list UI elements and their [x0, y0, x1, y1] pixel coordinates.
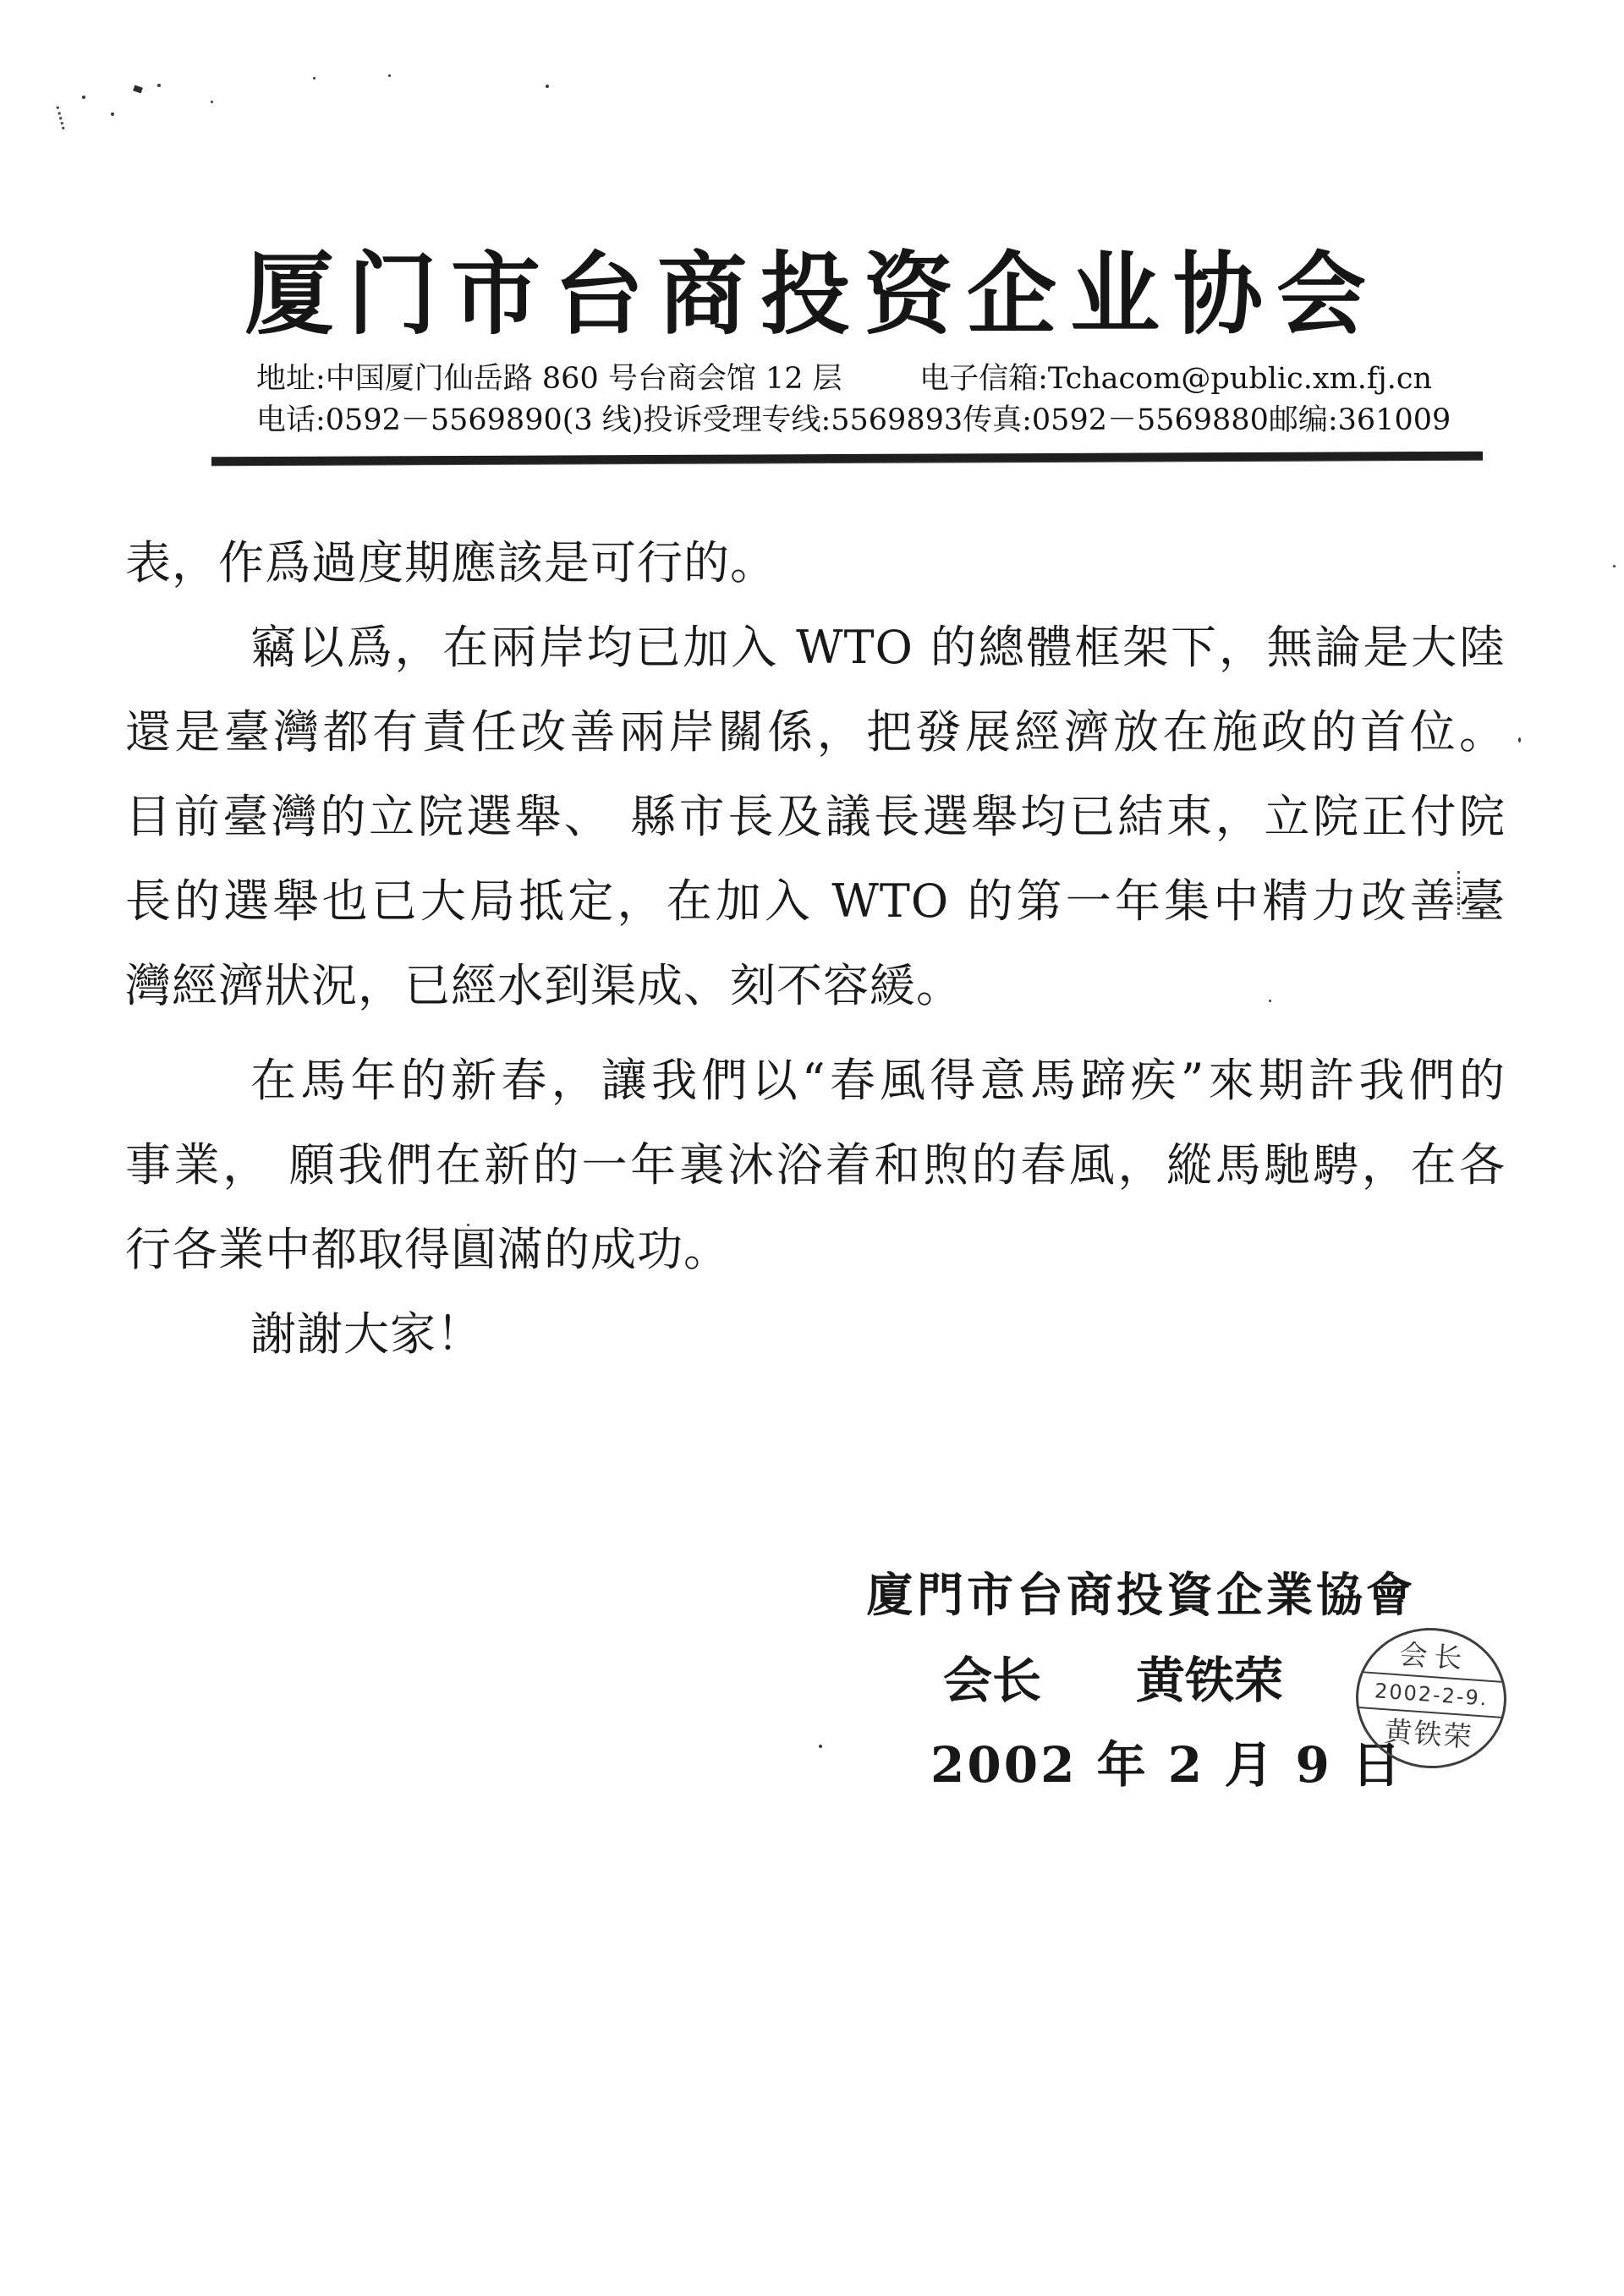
- scan-speck: [56, 106, 67, 130]
- signature-leader-row: 会长 黄铁荣: [943, 1641, 1283, 1712]
- body-line: 在馬年的新春，讓我們以“春風得意馬蹄疾”來期許我們的: [125, 1038, 1506, 1123]
- scan-speck: [82, 96, 85, 99]
- body-line: 竊以爲，在兩岸均已加入 WTO 的總體框架下，無論是大陸: [125, 606, 1506, 690]
- email-text: 电子信箱:Tchacom@public.xm.fj.cn: [919, 359, 1432, 400]
- phone-text: 电话:0592－5569890(3 线): [256, 400, 643, 441]
- body-line: 目前臺灣的立院選舉、 縣市長及議長選舉均已結束，立院正付院: [125, 775, 1506, 859]
- body-line: 灣經濟狀況，已經水到渠成、刻不容緩。: [125, 944, 1506, 1028]
- scan-speck: [1613, 565, 1616, 567]
- scan-speck: [1269, 1000, 1271, 1002]
- contact-row-1: 地址:中国厦门仙岳路 860 号台商会馆 12 层 电子信箱:Tchacom@p…: [256, 359, 1432, 400]
- scan-speck: [133, 85, 143, 94]
- body-line: 表，作爲過度期應該是可行的。: [125, 521, 1506, 606]
- scan-speck: [313, 77, 315, 79]
- contact-row-2: 电话:0592－5569890(3 线) 投诉受理专线:5569893 传真:0…: [256, 400, 1432, 441]
- president-name: 黄铁荣: [1136, 1641, 1283, 1712]
- scan-speck: [157, 84, 161, 87]
- body-line: 事業， 願我們在新的一年裏沐浴着和煦的春風，縱馬馳騁，在各: [125, 1123, 1506, 1208]
- scan-speck: [1457, 871, 1462, 915]
- scan-speck: [111, 112, 114, 116]
- scan-speck: [388, 74, 391, 77]
- scanned-letter-page: 厦门市台商投资企业协会 地址:中国厦门仙岳路 860 号台商会馆 12 层 电子…: [0, 0, 1624, 2296]
- body-line: 長的選舉也已大局抵定，在加入 WTO 的第一年集中精力改善臺: [125, 859, 1506, 944]
- scan-speck: [467, 1224, 469, 1226]
- letter-body: 表，作爲過度期應該是可行的。 竊以爲，在兩岸均已加入 WTO 的總體框架下，無論…: [125, 521, 1506, 1377]
- president-title-label: 会长: [943, 1641, 1041, 1712]
- body-line: 謝謝大家！: [125, 1292, 1506, 1377]
- body-line: 還是臺灣都有責任改善兩岸關係，把發展經濟放在施政的首位。: [125, 690, 1506, 775]
- fax-text: 传真:0592－5569880: [963, 400, 1269, 441]
- letterhead-divider-rule: [211, 452, 1483, 466]
- signature-organization: 廈門市台商投資企業協會: [867, 1558, 1416, 1625]
- hotline-text: 投诉受理专线:5569893: [643, 400, 963, 441]
- scan-speck: [546, 85, 549, 88]
- address-text: 地址:中国厦门仙岳路 860 号台商会馆 12 层: [256, 359, 842, 400]
- postcode-text: 邮编:361009: [1269, 400, 1451, 441]
- scan-speck: [211, 101, 213, 103]
- letterhead-org-title: 厦门市台商投资企业协会: [0, 223, 1624, 352]
- scan-speck: [819, 1745, 822, 1748]
- body-line: 行各業中都取得圓滿的成功。: [125, 1208, 1506, 1292]
- letterhead-contact-block: 地址:中国厦门仙岳路 860 号台商会馆 12 层 电子信箱:Tchacom@p…: [256, 359, 1432, 441]
- signature-date: 2002 年 2 月 9 日: [930, 1725, 1403, 1796]
- scan-speck: [1518, 737, 1521, 743]
